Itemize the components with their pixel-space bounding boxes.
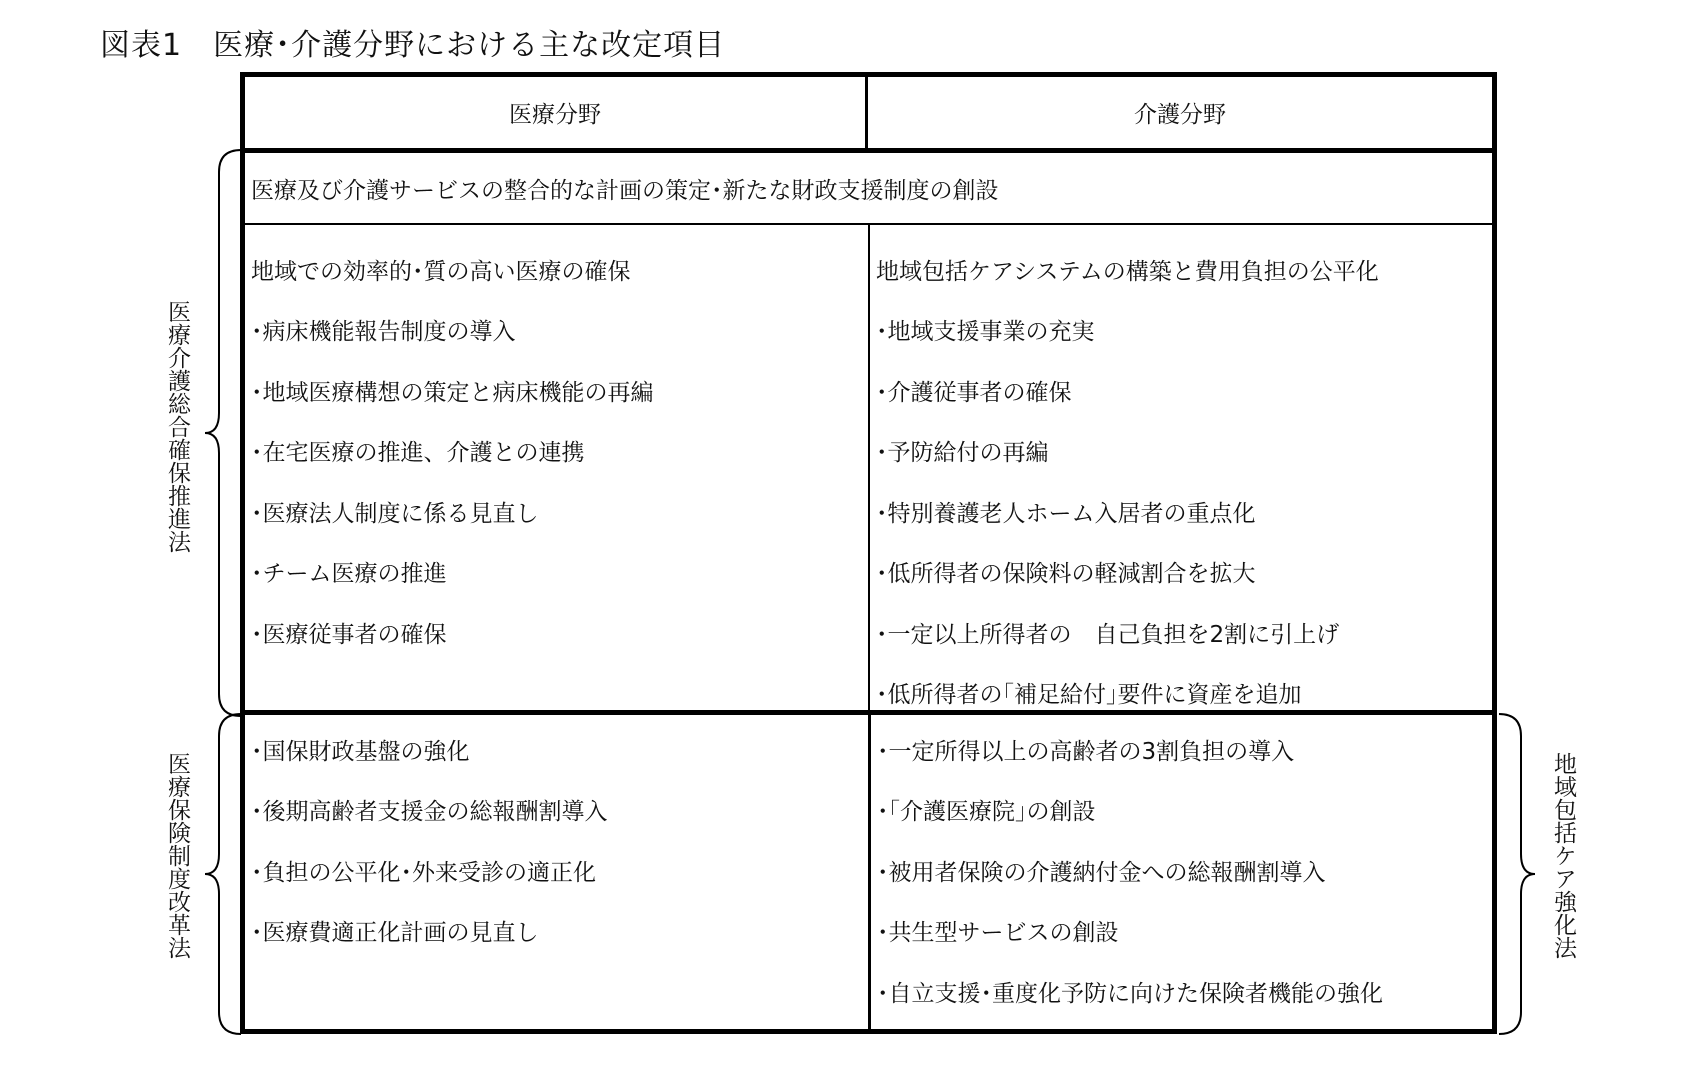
law-label-community-care-strengthening: 地域包括ケア強化法 <box>1546 752 1576 959</box>
list-item: ･医療従事者の確保 <box>251 602 868 663</box>
list-item: ･医療費適正化計画の見直し <box>251 901 868 962</box>
list-item: ･低所得者の保険料の軽減割合を拡大 <box>876 542 1492 603</box>
list-item: ･共生型サービスの創設 <box>877 901 1492 962</box>
header-nursing-care: 介護分野 <box>868 77 1492 148</box>
list-item: ･在宅医療の推進、介護との連携 <box>251 421 868 482</box>
table-header: 医療分野 介護分野 <box>245 77 1492 153</box>
list-item: ･被用者保険の介護納付金への総報酬割導入 <box>877 840 1492 901</box>
revision-table: 医療分野 介護分野 医療及び介護サービスの整合的な計画の策定･新たな財政支援制度… <box>240 72 1497 1034</box>
list-item: ･チーム医療の推進 <box>251 542 868 603</box>
figure-title: 図表1 医療･介護分野における主な改定項目 <box>100 20 725 64</box>
list-item: ･一定所得以上の高齢者の3割負担の導入 <box>877 719 1492 780</box>
list-item: ･地域支援事業の充実 <box>876 300 1492 361</box>
left-brace-bottom-icon <box>205 712 245 1036</box>
list-item: ･地域医療構想の策定と病床機能の再編 <box>251 360 868 421</box>
list-item: ･予防給付の再編 <box>876 421 1492 482</box>
list-item: ･介護従事者の確保 <box>876 360 1492 421</box>
law-label-medical-care-integration: 医療介護総合確保推進法 <box>160 300 190 553</box>
nursing-items-section1: 地域包括ケアシステムの構築と費用負担の公平化 ･地域支援事業の充実 ･介護従事者… <box>868 225 1492 710</box>
section-reform-laws: ･国保財政基盤の強化 ･後期高齢者支援金の総報酬割導入 ･負担の公平化･外来受診… <box>245 715 1492 1029</box>
right-brace-icon <box>1495 712 1535 1036</box>
law-label-health-insurance-reform: 医療保険制度改革法 <box>160 752 190 959</box>
list-item: ･後期高齢者支援金の総報酬割導入 <box>251 780 868 841</box>
list-item-heading: 地域包括ケアシステムの構築と費用負担の公平化 <box>876 239 1492 300</box>
list-item: ･｢介護医療院｣の創設 <box>877 780 1492 841</box>
list-item: ･病床機能報告制度の導入 <box>251 300 868 361</box>
medical-items-section2: ･国保財政基盤の強化 ･後期高齢者支援金の総報酬割導入 ･負担の公平化･外来受診… <box>245 715 868 1029</box>
nursing-items-section2: ･一定所得以上の高齢者の3割負担の導入 ･｢介護医療院｣の創設 ･被用者保険の介… <box>868 715 1492 1029</box>
medical-items-section1: 地域での効率的･質の高い医療の確保 ･病床機能報告制度の導入 ･地域医療構想の策… <box>245 225 868 710</box>
list-item-heading: 地域での効率的･質の高い医療の確保 <box>251 239 868 300</box>
list-item: ･低所得者の｢補足給付｣要件に資産を追加 <box>876 663 1492 724</box>
left-brace-top-icon <box>205 148 245 718</box>
list-item: ･特別養護老人ホーム入居者の重点化 <box>876 481 1492 542</box>
header-medical: 医療分野 <box>245 77 868 148</box>
common-row: 医療及び介護サービスの整合的な計画の策定･新たな財政支援制度の創設 <box>245 153 1492 225</box>
list-item: ･医療法人制度に係る見直し <box>251 481 868 542</box>
list-item: ･国保財政基盤の強化 <box>251 719 868 780</box>
section-integration-law: 地域での効率的･質の高い医療の確保 ･病床機能報告制度の導入 ･地域医療構想の策… <box>245 225 1492 715</box>
list-item: ･自立支援･重度化予防に向けた保険者機能の強化 <box>877 961 1492 1022</box>
list-item: ･負担の公平化･外来受診の適正化 <box>251 840 868 901</box>
list-item: ･一定以上所得者の 自己負担を2割に引上げ <box>876 602 1492 663</box>
